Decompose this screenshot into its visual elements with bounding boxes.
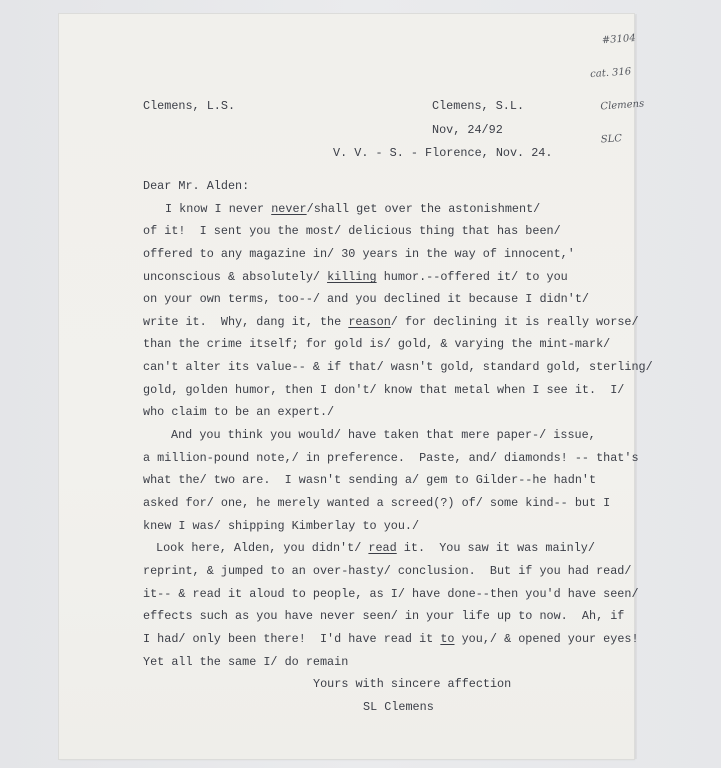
text-run: /shall get over the astonishment/: [307, 202, 541, 216]
body-line: write it. Why, dang it, the reason/ for …: [143, 315, 639, 329]
body-line: of it! I sent you the most/ delicious th…: [143, 224, 561, 238]
text-run: it. You saw it was mainly/: [397, 541, 595, 555]
text-run: you,/ & opened your eyes!: [455, 632, 639, 646]
body-line: reprint, & jumped to an over-hasty/ conc…: [143, 564, 631, 578]
underlined-word: killing: [327, 270, 377, 284]
underlined-word: never: [271, 202, 306, 216]
body-line: can't alter its value-- & if that/ wasn'…: [143, 360, 653, 374]
text-run: Look here, Alden, you didn't/: [156, 541, 368, 555]
letter-place-date: V. V. - S. - Florence, Nov. 24.: [333, 146, 552, 160]
body-line: Yet all the same I/ do remain: [143, 655, 348, 669]
body-line: unconscious & absolutely/ killing humor.…: [143, 270, 568, 284]
salutation: Dear Mr. Alden:: [143, 179, 249, 193]
annotation-line: SLC: [600, 131, 646, 145]
annotation-line: #3104: [602, 33, 640, 47]
annotation-line: Clemens: [600, 98, 644, 112]
text-run: humor.--offered it/ to you: [377, 270, 568, 284]
body-line: offered to any magazine in/ 30 years in …: [143, 247, 575, 261]
body-line: asked for/ one, he merely wanted a scree…: [143, 496, 610, 510]
signature: SL Clemens: [363, 700, 434, 714]
body-line: a million-pound note,/ in preference. Pa…: [143, 451, 639, 465]
letter-page: #3104 cat. 316 Clemens SLC Clemens, L.S.…: [59, 14, 634, 759]
text-run: write it. Why, dang it, the: [143, 315, 348, 329]
text-run: I had/ only been there! I'd have read it: [143, 632, 440, 646]
underlined-word: read: [368, 541, 396, 555]
underlined-word: reason: [348, 315, 390, 329]
closing: Yours with sincere affection: [313, 677, 511, 691]
body-line: gold, golden humor, then I don't/ know t…: [143, 383, 624, 397]
body-line: it-- & read it aloud to people, as I/ ha…: [143, 587, 639, 601]
body-line: effects such as you have never seen/ in …: [143, 609, 624, 623]
body-line: what the/ two are. I wasn't sending a/ g…: [143, 473, 596, 487]
recipient-catalog-name: Clemens, L.S.: [143, 99, 235, 113]
body-line: knew I was/ shipping Kimberlay to you./: [143, 519, 419, 533]
body-line: Look here, Alden, you didn't/ read it. Y…: [156, 541, 595, 555]
underlined-word: to: [440, 632, 454, 646]
text-run: / for declining it is really worse/: [391, 315, 639, 329]
text-run: unconscious & absolutely/: [143, 270, 327, 284]
author-catalog-name: Clemens, S.L.: [432, 99, 524, 113]
body-line: who claim to be an expert./: [143, 405, 334, 419]
body-line: I know I never never/shall get over the …: [165, 202, 540, 216]
body-line: on your own terms, too--/ and you declin…: [143, 292, 589, 306]
body-line: than the crime itself; for gold is/ gold…: [143, 337, 610, 351]
catalog-date: Nov, 24/92: [432, 123, 503, 137]
text-run: I know I never: [165, 202, 271, 216]
annotation-line: cat. 316: [590, 66, 642, 81]
body-line: And you think you would/ have taken that…: [171, 428, 596, 442]
body-line: I had/ only been there! I'd have read it…: [143, 632, 639, 646]
